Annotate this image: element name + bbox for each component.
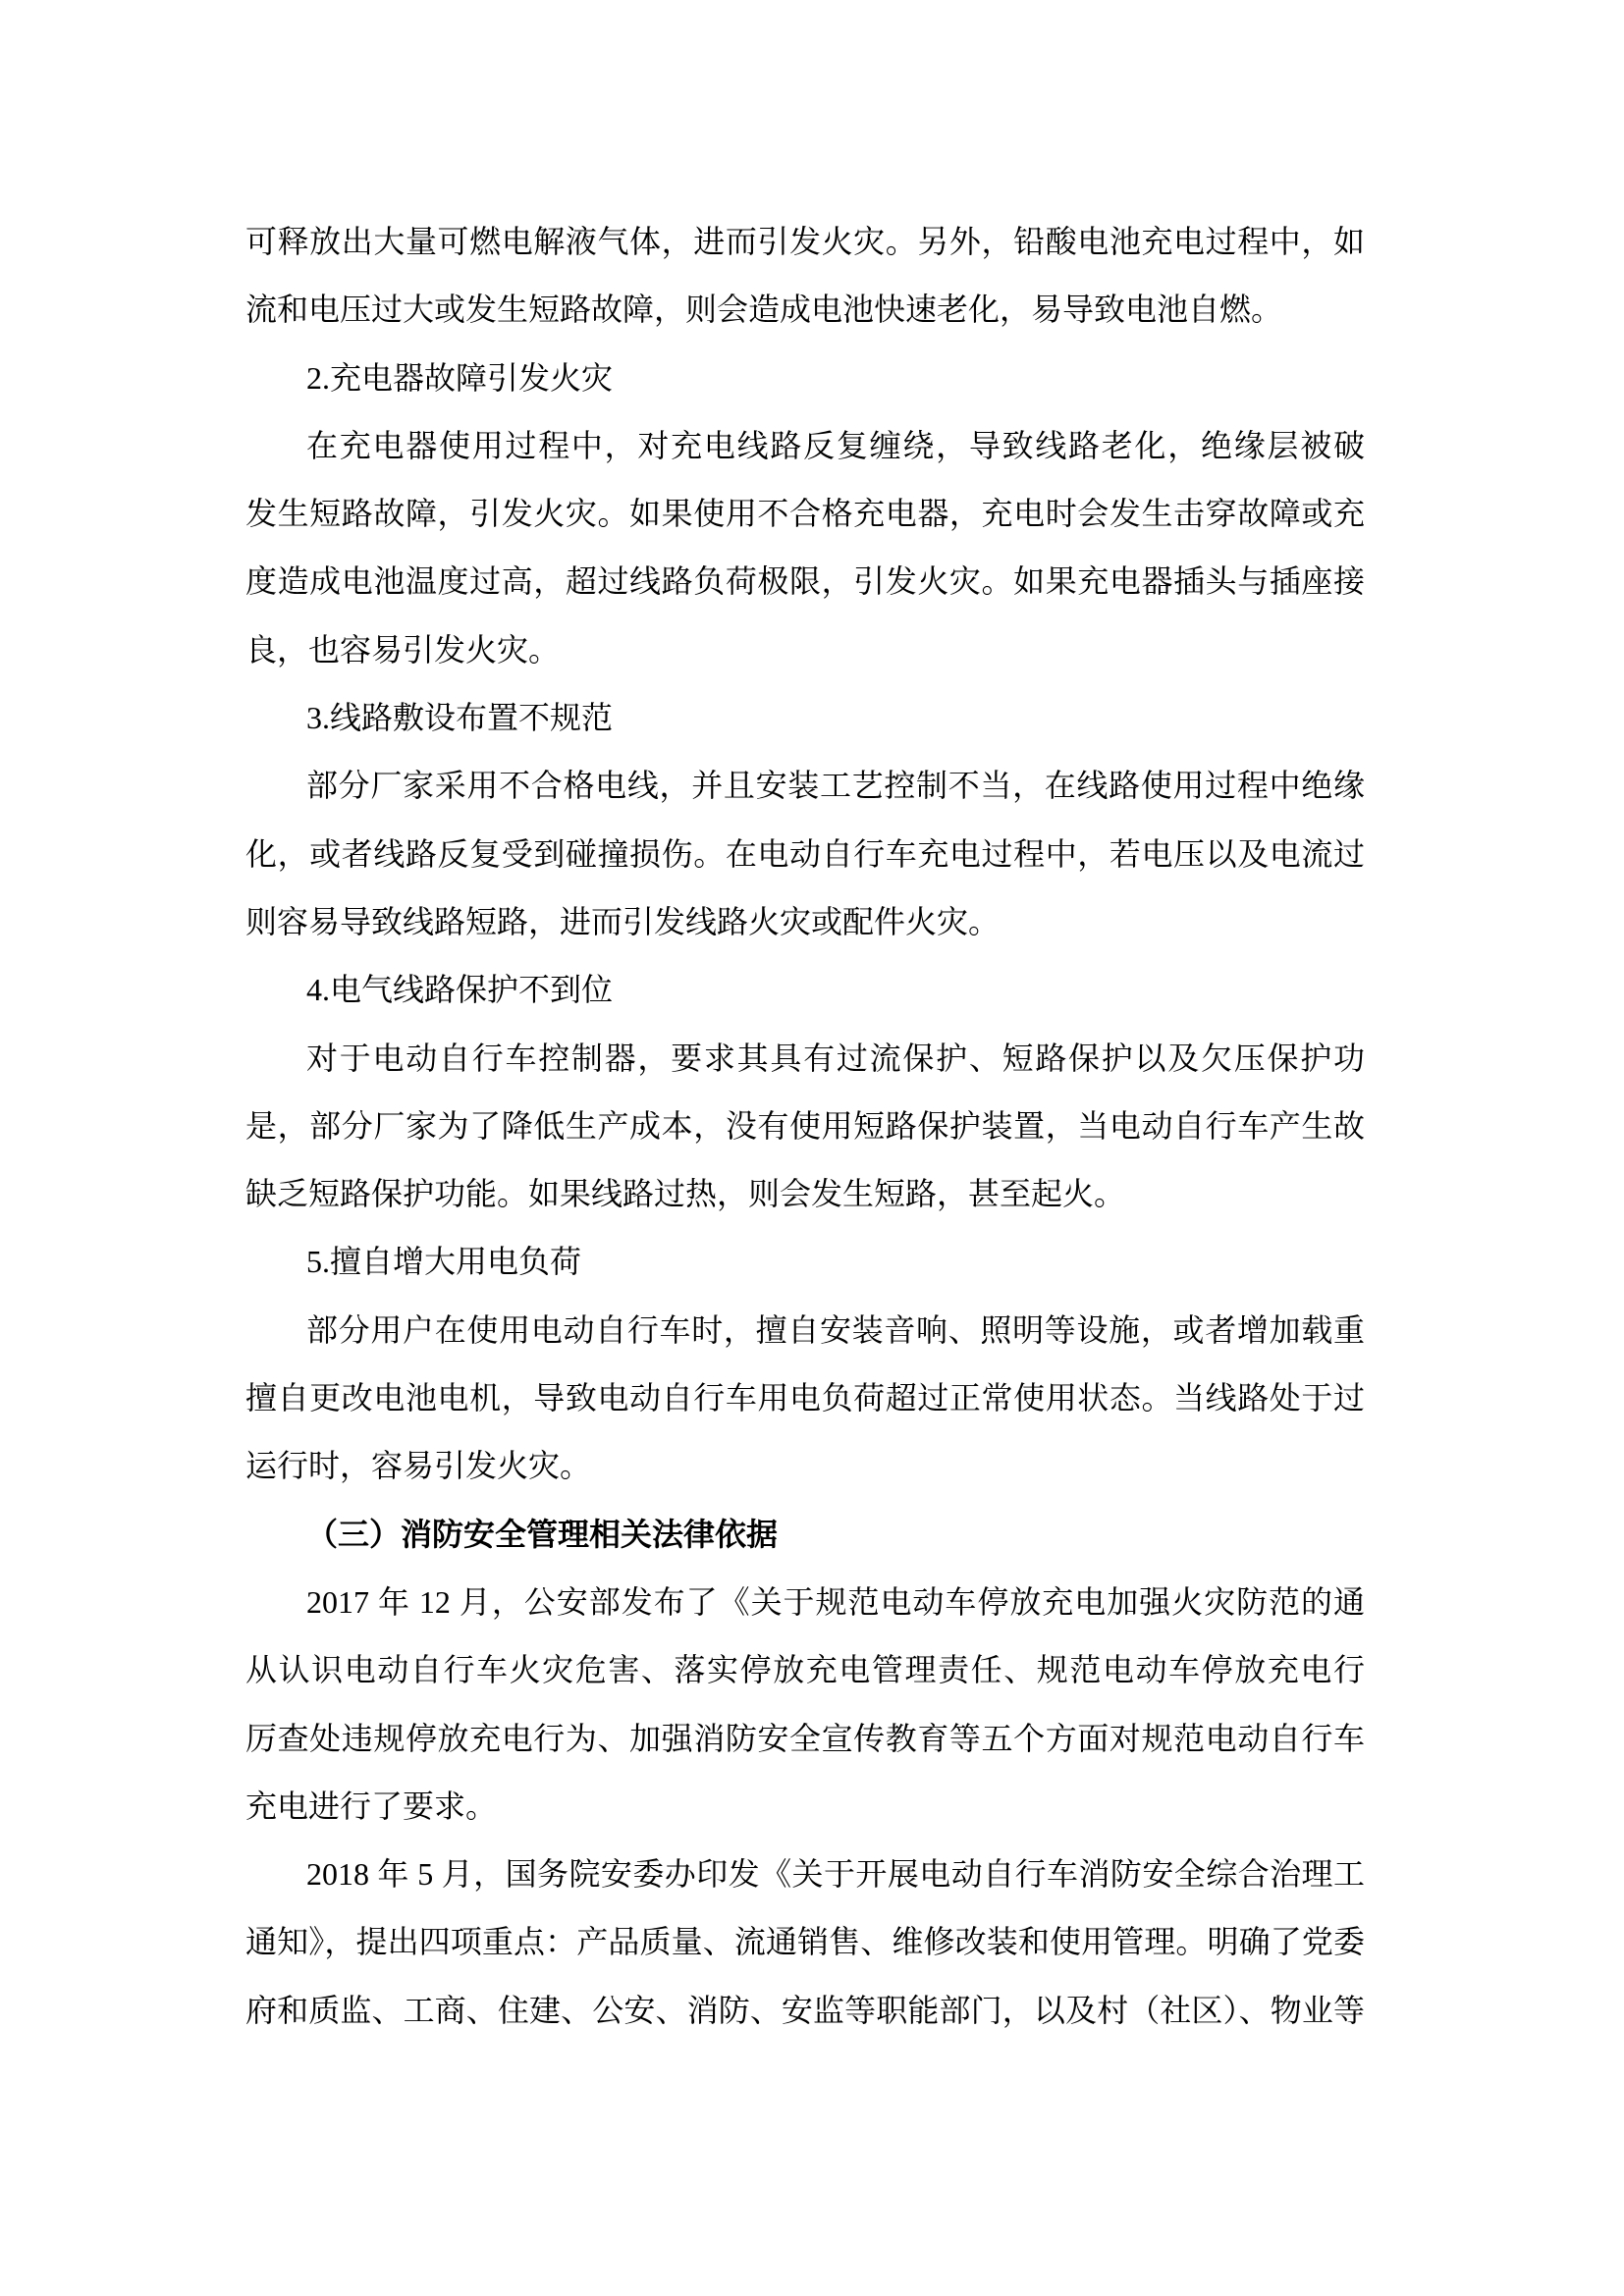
text-line: 是，部分厂家为了降低生产成本，没有使用短路保护装置，当电动自行车产生故障时， <box>245 1093 1365 1160</box>
text-line: 良，也容易引发火灾。 <box>245 616 1365 684</box>
text-line: 擅自更改电池电机，导致电动自行车用电负荷超过正常使用状态。当线路处于过负荷 <box>245 1364 1365 1432</box>
text-line: 部分厂家采用不合格电线，并且安装工艺控制不当，在线路使用过程中绝缘层老 <box>245 752 1365 820</box>
text-line: 缺乏短路保护功能。如果线路过热，则会发生短路，甚至起火。 <box>245 1160 1365 1228</box>
text-line: 运行时，容易引发火灾。 <box>245 1432 1365 1500</box>
heading-line: 2.充电器故障引发火灾 <box>245 345 1365 412</box>
heading-line: 3.线路敷设布置不规范 <box>245 684 1365 752</box>
text-line: 流和电压过大或发生短路故障，则会造成电池快速老化，易导致电池自燃。 <box>245 276 1365 344</box>
paragraph: 2018 年 5 月，国务院安委办印发《关于开展电动自行车消防安全综合治理工作的… <box>245 1841 1365 2045</box>
text-line: 厉查处违规停放充电行为、加强消防安全宣传教育等五个方面对规范电动自行车停放 <box>245 1705 1365 1773</box>
paragraph: 在充电器使用过程中，对充电线路反复缠绕，导致线路老化，绝缘层被破坏，易 发生短路… <box>245 412 1365 684</box>
numbered-heading: 3.线路敷设布置不规范 <box>245 684 1365 752</box>
text-line: 在充电器使用过程中，对充电线路反复缠绕，导致线路老化，绝缘层被破坏，易 <box>245 412 1365 480</box>
text-line: 发生短路故障，引发火灾。如果使用不合格充电器，充电时会发生击穿故障或充电过 <box>245 480 1365 548</box>
text-line: 则容易导致线路短路，进而引发线路火灾或配件火灾。 <box>245 888 1365 956</box>
page-content: 可释放出大量可燃电解液气体，进而引发火灾。另外，铅酸电池充电过程中，如果电 流和… <box>0 0 1624 2045</box>
paragraph: 2017 年 12 月，公安部发布了《关于规范电动车停放充电加强火灾防范的通告》… <box>245 1569 1365 1841</box>
text-line: 化，或者线路反复受到碰撞损伤。在电动自行车充电过程中，若电压以及电流过大， <box>245 821 1365 888</box>
heading-line: （三）消防安全管理相关法律依据 <box>245 1501 1365 1569</box>
text-line: 通知》，提出四项重点：产品质量、流通销售、维修改装和使用管理。明确了党委政 <box>245 1908 1365 1976</box>
paragraph: 对于电动自行车控制器，要求其具有过流保护、短路保护以及欠压保护功能。但 是，部分… <box>245 1025 1365 1229</box>
sub-section-heading: （三）消防安全管理相关法律依据 <box>245 1501 1365 1569</box>
text-line: 对于电动自行车控制器，要求其具有过流保护、短路保护以及欠压保护功能。但 <box>245 1025 1365 1093</box>
paragraph: 可释放出大量可燃电解液气体，进而引发火灾。另外，铅酸电池充电过程中，如果电 流和… <box>245 208 1365 345</box>
numbered-heading: 5.擅自增大用电负荷 <box>245 1228 1365 1296</box>
text-line: 从认识电动自行车火灾危害、落实停放充电管理责任、规范电动车停放充电行为、严 <box>245 1636 1365 1704</box>
paragraph: 部分用户在使用电动自行车时，擅自安装音响、照明等设施，或者增加载重量， 擅自更改… <box>245 1297 1365 1501</box>
numbered-heading: 4.电气线路保护不到位 <box>245 956 1365 1024</box>
text-line: 府和质监、工商、住建、公安、消防、安监等职能部门，以及村（社区）、物业等单 <box>245 1977 1365 2045</box>
text-line: 可释放出大量可燃电解液气体，进而引发火灾。另外，铅酸电池充电过程中，如果电 <box>245 208 1365 276</box>
text-line: 度造成电池温度过高，超过线路负荷极限，引发火灾。如果充电器插头与插座接触不 <box>245 548 1365 615</box>
text-line: 部分用户在使用电动自行车时，擅自安装音响、照明等设施，或者增加载重量， <box>245 1297 1365 1364</box>
heading-line: 4.电气线路保护不到位 <box>245 956 1365 1024</box>
paragraph: 部分厂家采用不合格电线，并且安装工艺控制不当，在线路使用过程中绝缘层老 化，或者… <box>245 752 1365 956</box>
text-line: 2017 年 12 月，公安部发布了《关于规范电动车停放充电加强火灾防范的通告》… <box>245 1569 1365 1636</box>
numbered-heading: 2.充电器故障引发火灾 <box>245 345 1365 412</box>
document-page: 可释放出大量可燃电解液气体，进而引发火灾。另外，铅酸电池充电过程中，如果电 流和… <box>0 0 1624 2296</box>
text-line: 充电进行了要求。 <box>245 1773 1365 1841</box>
heading-line: 5.擅自增大用电负荷 <box>245 1228 1365 1296</box>
text-line: 2018 年 5 月，国务院安委办印发《关于开展电动自行车消防安全综合治理工作的 <box>245 1841 1365 1908</box>
